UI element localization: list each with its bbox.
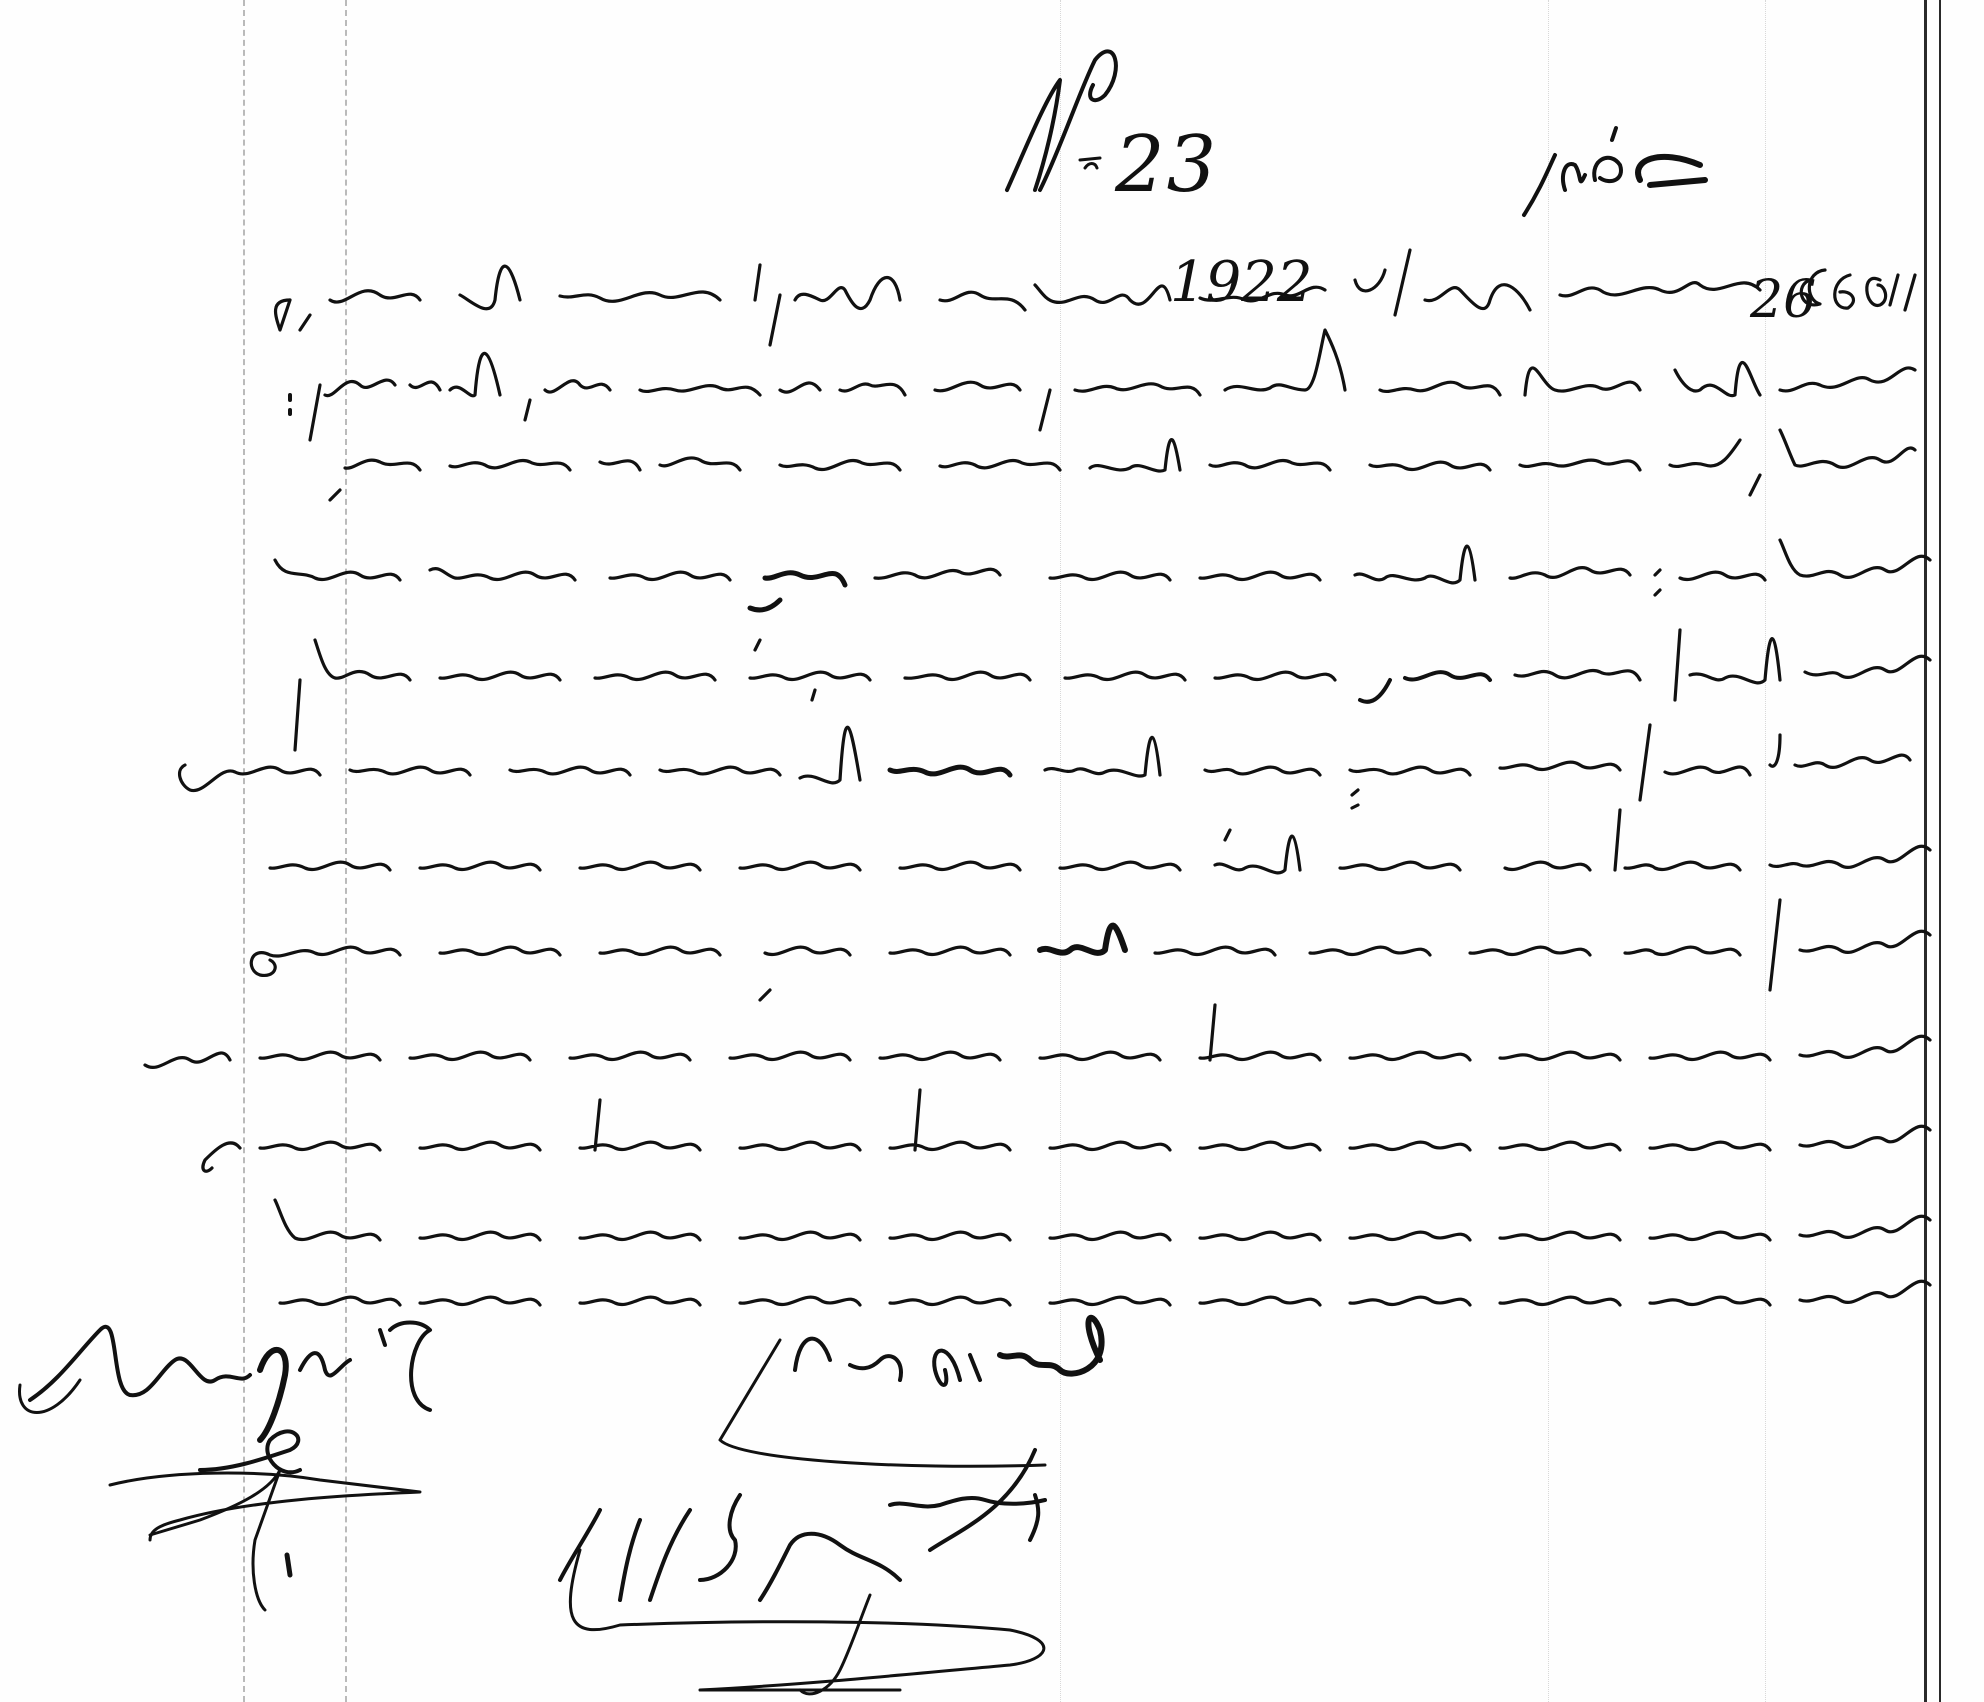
handwriting-ink-layer [0,0,1984,1702]
body-text [145,250,1930,1305]
line-10 [203,1090,1930,1171]
line-2 [290,330,1915,440]
heading-word [1524,128,1705,215]
line-1 [276,250,1915,345]
signature-bottom-center [560,1318,1102,1694]
line-8 [251,900,1930,1000]
line-5 [295,630,1930,750]
line-3 [330,430,1915,500]
line-4 [275,540,1930,610]
line-6 [180,690,1910,808]
line-11 [275,1200,1930,1240]
line-9 [145,1005,1930,1067]
line-12 [280,1281,1930,1305]
scanned-document-page: 23 [0,0,1984,1702]
date-year: 1922 [1170,250,1313,315]
line-7 [270,810,1930,873]
signature-bottom-left [20,1323,430,1611]
date-day: 26 [1750,270,1816,330]
